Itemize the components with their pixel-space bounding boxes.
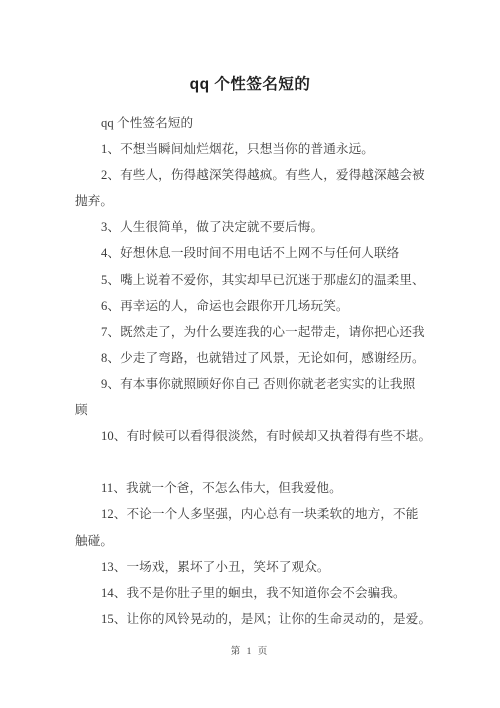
signature-item-11: 11、我就一个爸，不怎么伟大，但我爱他。: [75, 475, 435, 501]
page-number: 第 1 页: [0, 645, 500, 659]
blank-line: [75, 449, 435, 475]
signature-item-3: 3、人生很简单，做了决定就不要后悔。: [75, 214, 435, 240]
signature-item-1: 1、不想当瞬间灿烂烟花，只想当你的普通永远。: [75, 136, 435, 162]
signature-item-14: 14、我不是你肚子里的蛔虫，我不知道你会不会骗我。: [75, 580, 435, 606]
signature-item-6: 6、再幸运的人，命运也会跟你开几场玩笑。: [75, 293, 435, 319]
intro-line: qq 个性签名短的: [75, 110, 435, 136]
document-body: qq 个性签名短的 1、不想当瞬间灿烂烟花，只想当你的普通永远。 2、有些人，伤…: [75, 110, 435, 632]
page-title: qq 个性签名短的: [0, 73, 500, 97]
signature-item-5: 5、嘴上说着不爱你，其实却早已沉迷于那虚幻的温柔里、: [75, 267, 435, 293]
signature-item-13: 13、一场戏，累坏了小丑，笑坏了观众。: [75, 554, 435, 580]
signature-item-4: 4、好想休息一段时间不用电话不上网不与任何人联络: [75, 240, 435, 266]
signature-item-12-cont: 触碰。: [75, 528, 435, 554]
signature-item-8: 8、少走了弯路，也就错过了风景，无论如何，感谢经历。: [75, 345, 435, 371]
signature-item-15: 15、让你的风铃晃动的，是风；让你的生命灵动的，是爱。: [75, 606, 435, 632]
signature-item-2-cont: 抛弃。: [75, 188, 435, 214]
signature-item-9-cont: 顾: [75, 397, 435, 423]
signature-item-12: 12、不论一个人多坚强，内心总有一块柔软的地方，不能: [75, 501, 435, 527]
document-page: qq 个性签名短的 qq 个性签名短的 1、不想当瞬间灿烂烟花，只想当你的普通永…: [0, 0, 500, 708]
signature-item-2: 2、有些人，伤得越深笑得越疯。有些人，爱得越深越会被: [75, 162, 435, 188]
signature-item-9: 9、有本事你就照顾好你自己 否则你就老老实实的让我照: [75, 371, 435, 397]
signature-item-7: 7、既然走了，为什么要连我的心一起带走，请你把心还我: [75, 319, 435, 345]
signature-item-10: 10、有时候可以看得很淡然，有时候却又执着得有些不堪。: [75, 423, 435, 449]
